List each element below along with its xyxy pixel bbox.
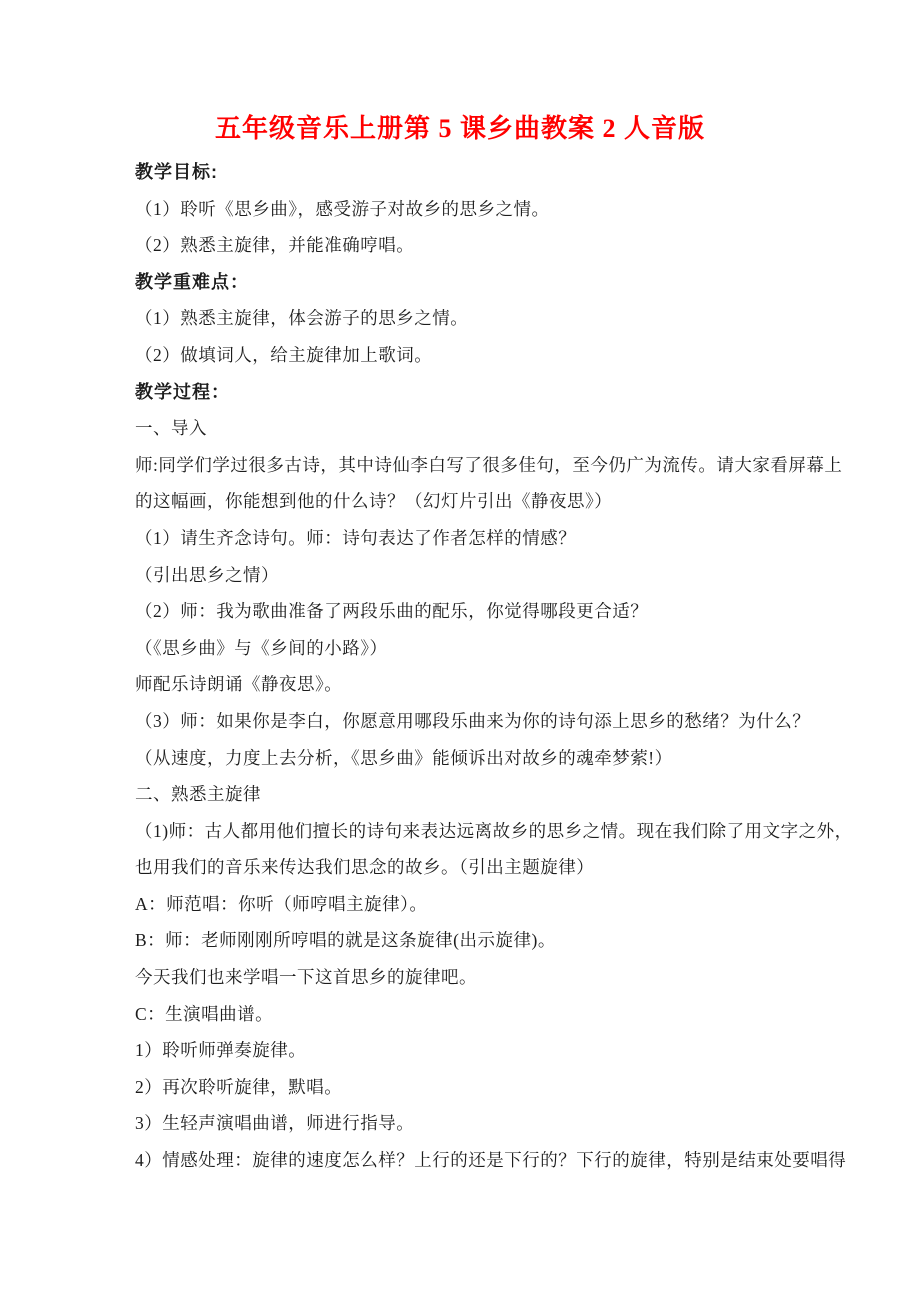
doc-line: （3）师：如果你是李白，你愿意用哪段乐曲来为你的诗句添上思乡的愁绪？为什么？: [135, 703, 840, 740]
doc-line: 2）再次聆听旋律，默唱。: [135, 1069, 840, 1106]
doc-line: A：师范唱：你听（师哼唱主旋律）。: [135, 886, 840, 923]
difficulty-item-1: （1）熟悉主旋律，体会游子的思乡之情。: [135, 300, 840, 337]
doc-line: （从速度，力度上去分析，《思乡曲》能倾诉出对故乡的魂牵梦萦!）: [135, 740, 840, 777]
doc-line: 3）生轻声演唱曲谱，师进行指导。: [135, 1105, 840, 1142]
page-title: 五年级音乐上册第 5 课乡曲教案 2 人音版: [135, 108, 785, 145]
heading-key-difficulties: 教学重难点：: [135, 264, 840, 301]
doc-line: C：生演唱曲谱。: [135, 996, 840, 1033]
heading-teaching-objectives: 教学目标:: [135, 154, 840, 191]
objective-item-2: （2）熟悉主旋律，并能准确哼唱。: [135, 227, 840, 264]
section-1-intro: 一、导入: [135, 410, 840, 447]
doc-line: B：师：老师刚刚所哼唱的就是这条旋律(出示旋律)。: [135, 922, 840, 959]
heading-teaching-process: 教学过程：: [135, 374, 840, 411]
document-body: 教学目标: （1）聆听《思乡曲》，感受游子对故乡的思乡之情。 （2）熟悉主旋律，…: [135, 154, 840, 1179]
difficulty-item-2: （2）做填词人，给主旋律加上歌词。: [135, 337, 840, 374]
doc-line: （2）师：我为歌曲准备了两段乐曲的配乐，你觉得哪段更合适？: [135, 593, 840, 630]
doc-line: 师配乐诗朗诵《静夜思》。: [135, 666, 840, 703]
document-page: 五年级音乐上册第 5 课乡曲教案 2 人音版 教学目标: （1）聆听《思乡曲》，…: [0, 0, 920, 1302]
section-2-main-melody: 二、熟悉主旋律: [135, 776, 840, 813]
doc-line: 的这幅画，你能想到他的什么诗？（幻灯片引出《静夜思》）: [135, 483, 840, 520]
doc-line: （1)师：古人都用他们擅长的诗句来表达远离故乡的思乡之情。现在我们除了用文字之外…: [135, 813, 840, 850]
doc-line: 今天我们也来学唱一下这首思乡的旋律吧。: [135, 959, 840, 996]
doc-line: 1）聆听师弹奏旋律。: [135, 1032, 840, 1069]
doc-line: 师:同学们学过很多古诗，其中诗仙李白写了很多佳句，至今仍广为流传。请大家看屏幕上: [135, 447, 840, 484]
objective-item-1: （1）聆听《思乡曲》，感受游子对故乡的思乡之情。: [135, 191, 840, 228]
doc-line: （《思乡曲》与《乡间的小路》）: [135, 630, 840, 667]
doc-line: （引出思乡之情）: [135, 557, 840, 594]
doc-line: 也用我们的音乐来传达我们思念的故乡。（引出主题旋律）: [135, 849, 840, 886]
doc-line: 4）情感处理：旋律的速度怎么样？上行的还是下行的？下行的旋律，特别是结束处要唱得: [135, 1142, 840, 1179]
doc-line: （1）请生齐念诗句。师：诗句表达了作者怎样的情感？: [135, 520, 840, 557]
